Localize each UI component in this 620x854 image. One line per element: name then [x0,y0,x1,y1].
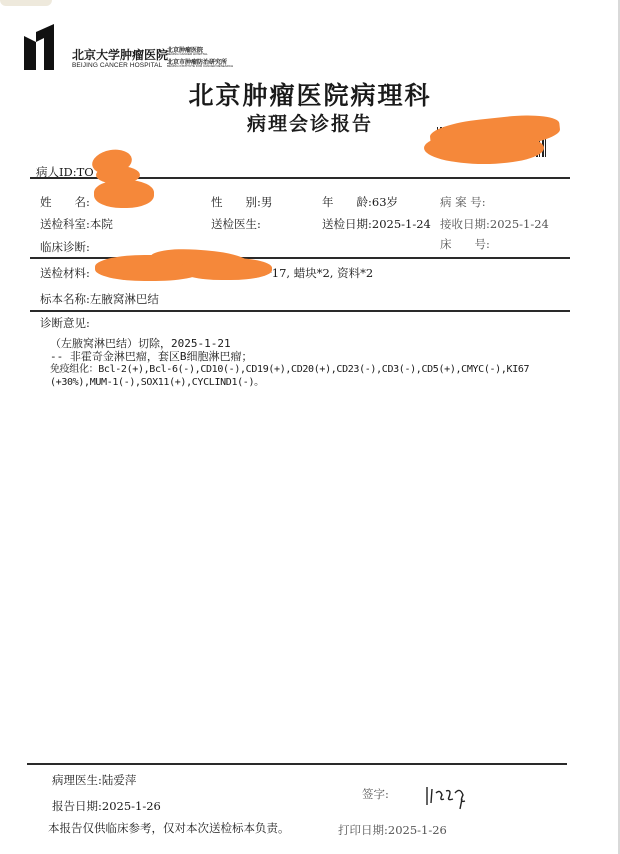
submit-date-label: 送检日期: [322,216,372,232]
print-date-label: 打印日期: [338,822,388,838]
bed-field: 床 号: [440,236,490,252]
divider-footer [27,763,567,765]
diagnosis-line-1: （左腋窝淋巴结）切除，2025-1-21 [50,337,231,350]
receive-date-value: 2025-1-24 [490,217,549,231]
submit-date-value: 2025-1-24 [372,217,431,231]
dept-field: 送检科室:本院 [40,216,113,232]
pathologist-label: 病理医生: [52,772,102,788]
signature-label: 签字: [362,786,389,802]
name-label: 姓 名: [40,194,90,210]
gender-field: 性 别:男 [211,194,272,210]
diagnosis-line-2: -- 非霍奇金淋巴瘤，套区B细胞淋巴瘤； [50,350,253,363]
dept-label: 送检科室: [40,216,90,232]
logo2-line2-en: BEIJING INSTITUTE FOR CANCER RESEARCH [167,64,233,68]
specimen-name-field: 标本名称:左腋窝淋巴结 [40,291,159,307]
doctor-label: 送检医生: [211,216,261,232]
specimen-name-label: 标本名称: [40,291,90,307]
diagnosis-line-4: (+30%),MUM-1(-),SOX11(+),CYCLIND1(-)。 [50,376,264,389]
report-date-label: 报告日期: [52,798,102,814]
print-date-value: 2025-1-26 [388,823,447,837]
clinical-dx-field: 临床诊断: [40,239,90,255]
specimen-name-value: 左腋窝淋巴结 [90,292,159,306]
diagnosis-line-3: 免疫组化：Bcl-2(+),Bcl-6(-),CD10(-),CD19(+),C… [50,363,529,376]
receive-date-field: 接收日期:2025-1-24 [440,216,549,232]
logo-text-en: BEIJING CANCER HOSPITAL [72,62,162,69]
bed-label: 床 号: [440,236,490,252]
dept-value: 本院 [90,217,113,231]
doctor-field: 送检医生: [211,216,261,232]
submit-date-field: 送检日期:2025-1-24 [322,216,431,232]
gender-label: 性 别: [211,194,261,210]
hospital-logo-icon [24,24,58,70]
case-no-label: 病 案 号: [440,194,486,210]
case-no-field: 病 案 号: [440,194,486,210]
material-label: 送检材料: [40,265,90,281]
gender-value: 男 [261,195,273,209]
report-title: 北京肿瘤医院病理科 [0,76,620,112]
age-label: 年 龄: [322,194,372,210]
pathologist-value: 陆爱萍 [102,773,137,787]
age-field: 年 龄:63岁 [322,194,398,210]
corner-smudge [0,0,52,6]
clinical-dx-label: 临床诊断: [40,239,90,255]
print-date-field: 打印日期:2025-1-26 [338,822,447,838]
diagnosis-label: 诊断意见: [40,315,90,331]
redaction-mark [424,132,544,164]
name-field: 姓 名: [40,194,90,210]
redaction-mark [180,258,272,280]
report-date-value: 2025-1-26 [102,799,161,813]
redaction-mark [94,180,154,208]
logo-text-cn: 北京大学肿瘤医院 [72,46,168,63]
disclaimer: 本报告仅供临床参考，仅对本次送检标本负责。 [48,820,290,836]
logo2-line1-en: BEIJING CANCER HOSPITAL [167,52,208,56]
pathologist-field: 病理医生:陆爱萍 [52,772,136,788]
signature-icon [424,783,470,811]
receive-date-label: 接收日期: [440,216,490,232]
divider-specimen [30,310,570,312]
age-value: 63岁 [372,195,398,209]
material-value: *17, 蜡块*2, 资料*2 [266,265,373,281]
report-date-field: 报告日期:2025-1-26 [52,798,161,814]
material-field: 送检材料: [40,265,90,281]
